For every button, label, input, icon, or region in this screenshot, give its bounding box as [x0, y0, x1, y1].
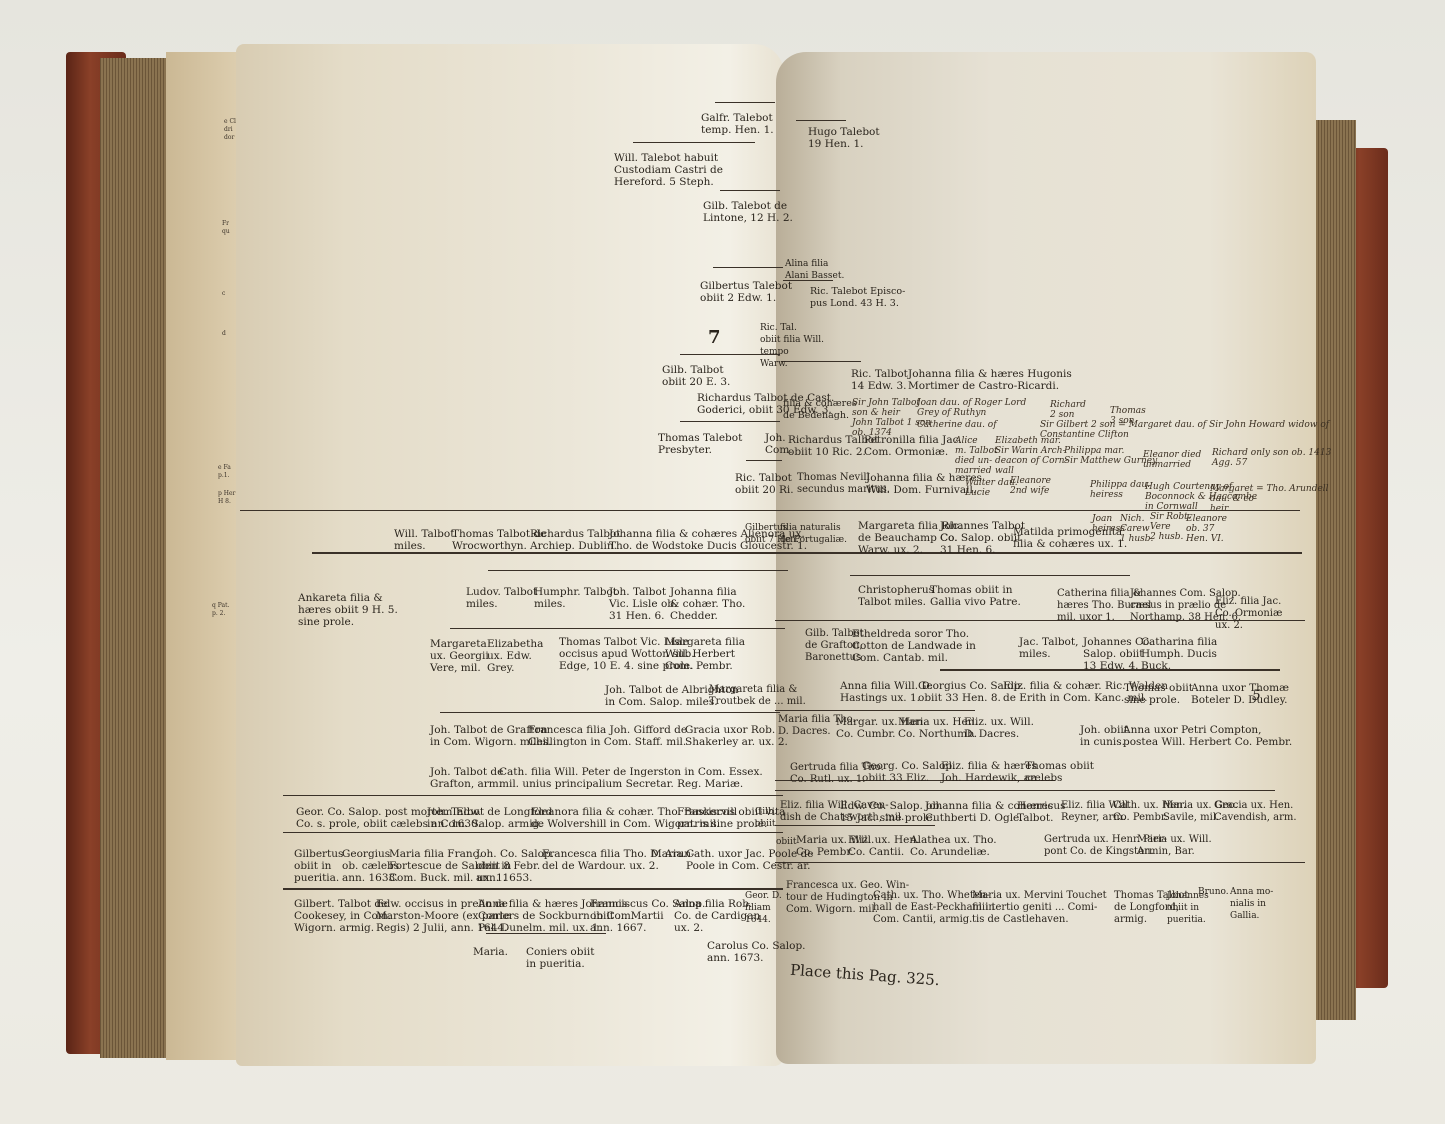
right-margin-number: 5 — [1252, 690, 1261, 702]
ink-blot: 7 — [708, 332, 721, 344]
tree-node: Bruno. — [1198, 886, 1229, 898]
tree-node: Alina filia Alani Basset. — [785, 258, 844, 282]
tree-node: Joh. Talbot de Grafton, arm. — [430, 766, 503, 790]
connector-line — [850, 575, 1130, 576]
tree-node: Gilbertus Talebot obiit 2 Edw. 1. — [700, 280, 792, 304]
tree-node: Joh. Talbot Vic. Lisle ob. 31 Hen. 6. — [609, 586, 677, 622]
tree-node: Cath. filia Will. Peter de Ingerston in … — [499, 766, 763, 790]
handwritten-note: Elizabeth mar. Sir Warin Arch- deacon of… — [995, 436, 1068, 476]
connector-line — [796, 120, 846, 121]
handwritten-note: Sir John Talbot son & heir — [852, 398, 920, 418]
handwritten-note: Nich. Carew 1 husb. — [1120, 514, 1153, 544]
handwritten-note: Philippa dau. heiress — [1090, 480, 1150, 500]
tree-node: filia & cohæres de Bedenagh. — [783, 398, 857, 422]
margin-note: p Her — [218, 490, 235, 497]
margin-note: H 8. — [218, 498, 231, 505]
connector-line — [680, 421, 780, 422]
margin-note: e Fa — [218, 464, 231, 471]
tree-node: Hugo Talebot 19 Hen. 1. — [808, 126, 880, 150]
tree-node: filia naturalis de Portugaliæ. — [780, 522, 847, 546]
margin-note: dor — [224, 134, 234, 141]
connector-line — [450, 628, 785, 629]
tree-node: Eliz. ux. Will. D. Dacres. — [964, 716, 1034, 740]
connector-line — [283, 888, 783, 890]
tree-node: Eliz. filia Jac. Co. Ormoniæ ux. 2. — [1215, 596, 1282, 632]
tree-node: Anna mo- nialis in Gallia. — [1230, 886, 1273, 922]
tree-node: Anna uxor Petri Compton, postea Will. He… — [1123, 724, 1292, 748]
tree-node: Ric. Talebot Episco- pus Lond. 43 H. 3. — [810, 286, 905, 310]
tree-node: Gracia ux. Hen. Cavendish, arm. — [1214, 800, 1297, 824]
tree-node: Ludov. Talbot miles. — [466, 586, 537, 610]
tree-node: Etheldreda soror Tho. Cotton de Landwade… — [852, 628, 976, 664]
connector-line — [283, 832, 783, 833]
connector-line — [440, 712, 780, 713]
connector-line — [775, 790, 1275, 791]
tree-node: Johanna filia & hæres Hugonis Mortimer d… — [908, 368, 1072, 392]
tree-node: Coniers obiit in pueritia. — [526, 946, 594, 970]
connector-line — [746, 460, 782, 461]
tree-node: obiit — [776, 836, 797, 848]
connector-line — [720, 190, 780, 191]
tree-node: Gilb. Talbot obiit 20 E. 3. — [662, 364, 730, 388]
tree-node: Maria. — [651, 848, 686, 860]
connector-line — [312, 552, 1302, 554]
margin-note: q Pat. — [212, 602, 229, 609]
tree-node: Thomas Talebot Presbyter. — [658, 432, 742, 456]
handwritten-note: Alice m. Talbot died un- married — [955, 436, 998, 476]
connector-line — [633, 142, 755, 143]
handwritten-note: Richard 2 son — [1050, 400, 1086, 420]
tree-node: Maria. — [473, 946, 508, 958]
margin-note: p.1. — [218, 472, 229, 479]
tree-node: Ric. Tal. obiit filia Will. tempo Warw. — [760, 322, 824, 370]
connector-line — [713, 267, 783, 268]
tree-node: Cath. uxor Jac. Poole de Poole in Com. C… — [686, 848, 813, 872]
tree-node: Gilb. obiit — [755, 806, 777, 830]
tree-node: Elizabetha ux. Edw. Grey. — [487, 638, 543, 674]
handwritten-note: Joan dau. of Roger Lord Grey of Ruthyn — [917, 398, 1026, 418]
handwritten-note: Margaret = Tho. Arundell dau. & co- heir — [1210, 484, 1329, 514]
tree-node: Geor. D. filiam 1644. — [745, 890, 782, 926]
handwritten-note: Sir Robt. Vere 2 husb. — [1150, 512, 1191, 542]
margin-note: e Cl — [224, 118, 236, 125]
tree-node: Alathea ux. Tho. Co. Arundeliæ. — [910, 834, 997, 858]
handwritten-note: Sir Gilbert 2 son = Margaret dau. of Sir… — [1040, 420, 1329, 440]
tree-node: Eliz. filia & hæres Joh. Hardewik, ar. — [941, 760, 1037, 784]
tree-node: Johanna filia & cohær. Tho. Chedder. — [670, 586, 745, 622]
tree-node: Gilb. Talebot de Lintone, 12 H. 2. — [703, 200, 793, 224]
tree-node: Christopherus Talbot miles. — [858, 584, 934, 608]
tree-node: Margareta filia Will. Herbert Com. Pembr… — [665, 636, 745, 672]
tree-node: Margareta ux. Georgii Vere, mil. — [430, 638, 489, 674]
tree-node: Maria ux. Mervini Touchet filii tertio g… — [972, 890, 1107, 926]
page-block-left — [100, 58, 170, 1058]
tree-node: Henricus Talbot. — [1017, 800, 1066, 824]
tree-node: Anna uxor Thomæ Boteler D. Dudley. — [1191, 682, 1289, 706]
tree-node: Gilbertus obiit in pueritia. — [294, 848, 343, 884]
connector-line — [775, 862, 1305, 863]
handwritten-note: Eleanore ob. 37 Hen. VI. — [1186, 514, 1227, 544]
connector-line — [488, 570, 788, 571]
margin-note: p. 2. — [212, 610, 225, 617]
tree-node: Catharina filia Humph. Ducis Buck. — [1141, 636, 1217, 672]
tree-node: Ric. Talbot obiit 20 Ri. — [735, 472, 794, 496]
handwritten-note: Eleanore 2nd wife — [1010, 476, 1051, 496]
tree-node: Thomas obiit cælebs — [1025, 760, 1094, 784]
tree-node: Joh. obiit in cunis. — [1080, 724, 1128, 748]
handwritten-note: Catherine dau. of — [917, 420, 997, 430]
handwritten-note: Eleanor died unmarried — [1143, 450, 1201, 470]
left-margin-strip — [166, 52, 236, 1060]
tree-node: Ankareta filia & hæres obiit 9 H. 5. sin… — [298, 592, 398, 628]
tree-node: Thomas obiit sine prole. — [1124, 682, 1193, 706]
tree-node: Richardus Talbot Archiep. Dublin. — [530, 528, 620, 552]
tree-node: Francesca filia Joh. Gifford de Chilling… — [528, 724, 687, 748]
tree-node: Galfr. Talebot temp. Hen. 1. — [701, 112, 774, 136]
tree-node: Gracia uxor Rob. Shakerley ar. ux. 2. — [685, 724, 788, 748]
connector-line — [715, 102, 775, 103]
tree-node: Humphr. Talbot miles. — [534, 586, 617, 610]
margin-note: qu — [222, 228, 230, 235]
margin-note: c — [222, 290, 225, 297]
tree-node: Ric. Talbot 14 Edw. 3. — [851, 368, 908, 392]
margin-note: Fr — [222, 220, 229, 227]
margin-note: dri — [224, 126, 233, 133]
margin-note: d — [222, 330, 226, 337]
tree-node: Margareta filia & Troutbek de ... mil. — [709, 684, 806, 708]
connector-line — [283, 795, 783, 796]
connector-line — [240, 510, 1300, 511]
tree-node: Maria ux. Will. Armin, Bar. — [1137, 834, 1212, 858]
connector-line — [775, 825, 935, 826]
tree-node: Jac. Talbot, miles. — [1019, 636, 1078, 660]
connector-line — [775, 710, 975, 711]
tree-node: Will. Talbot miles. — [394, 528, 454, 552]
handwritten-note: Richard only son ob. 1413 Agg. 57 — [1212, 448, 1331, 468]
tree-node: Will. Talebot habuit Custodiam Castri de… — [614, 152, 723, 188]
tree-node: Thomas obiit in Gallia vivo Patre. — [930, 584, 1021, 608]
tree-node: Eliz. ux. Hen. Co. Cantii. — [848, 834, 919, 858]
